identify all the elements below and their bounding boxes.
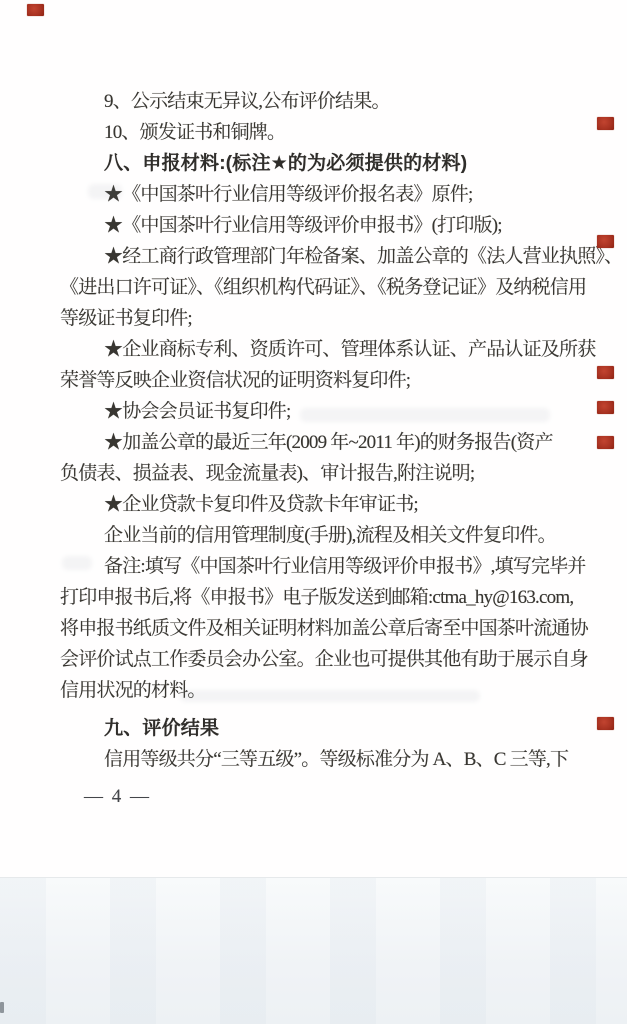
doc-line: 9、公示结束无异议,公布评价结果。 [60, 86, 572, 117]
red-mark [597, 117, 614, 130]
red-mark [597, 235, 614, 248]
doc-line: 荣誉等反映企业资信状况的证明资料复印件; [60, 365, 572, 396]
red-mark [597, 401, 614, 414]
doc-line: 企业当前的信用管理制度(手册),流程及相关文件复印件。 [60, 520, 572, 551]
page-number: — 4 — [84, 786, 151, 808]
doc-line: 信用等级共分“三等五级”。等级标准分为 A、B、C 三等,下 [60, 744, 572, 775]
doc-line: 《进出口许可证》、《组织机构代码证》、《税务登记证》及纳税信用 [60, 272, 572, 303]
scan-smudge [88, 184, 122, 199]
scanned-document-page: 9、公示结束无异议,公布评价结果。10、颁发证书和铜牌。八、申报材料:(标注★的… [0, 0, 627, 1024]
doc-line: 等级证书复印件; [60, 303, 572, 334]
scan-smudge [62, 556, 92, 570]
section-heading: 八、申报材料:(标注★的为必须提供的材料) [60, 148, 572, 179]
doc-line: ★企业贷款卡复印件及贷款卡年审证书; [60, 489, 572, 520]
doc-line: 将申报书纸质文件及相关证明材料加盖公章后寄至中国茶叶流通协 [60, 613, 572, 644]
red-mark [597, 436, 614, 449]
doc-line: 10、颁发证书和铜牌。 [60, 117, 572, 148]
doc-line: ★《中国茶叶行业信用等级评价申报书》(打印版); [60, 210, 572, 241]
doc-line: 会评价试点工作委员会办公室。企业也可提供其他有助于展示自身 [60, 644, 572, 675]
document-text-block: 9、公示结束无异议,公布评价结果。10、颁发证书和铜牌。八、申报材料:(标注★的… [60, 86, 572, 775]
doc-line: 打印申报书后,将《申报书》电子版发送到邮箱:ctma_hy@163.com, [60, 582, 572, 613]
scan-smudge [180, 690, 480, 702]
scan-smudge [300, 408, 550, 422]
red-mark [597, 366, 614, 379]
doc-line: ★企业商标专利、资质许可、管理体系认证、产品认证及所获 [60, 334, 572, 365]
doc-line: 负债表、损益表、现金流量表)、审计报告,附注说明; [60, 458, 572, 489]
doc-line: 备注:填写《中国茶叶行业信用等级评价申报书》,填写完毕并 [60, 551, 572, 582]
doc-line: ★加盖公章的最近三年(2009 年~2011 年)的财务报告(资产 [60, 427, 572, 458]
scanner-edge-band [0, 877, 627, 1024]
section-heading: 九、评价结果 [60, 713, 572, 744]
red-mark [27, 4, 44, 16]
red-mark [597, 717, 614, 730]
scan-speck [0, 1002, 4, 1013]
doc-line: ★经工商行政管理部门年检备案、加盖公章的《法人营业执照》、 [60, 241, 572, 272]
doc-line: ★《中国茶叶行业信用等级评价报名表》原件; [60, 179, 572, 210]
